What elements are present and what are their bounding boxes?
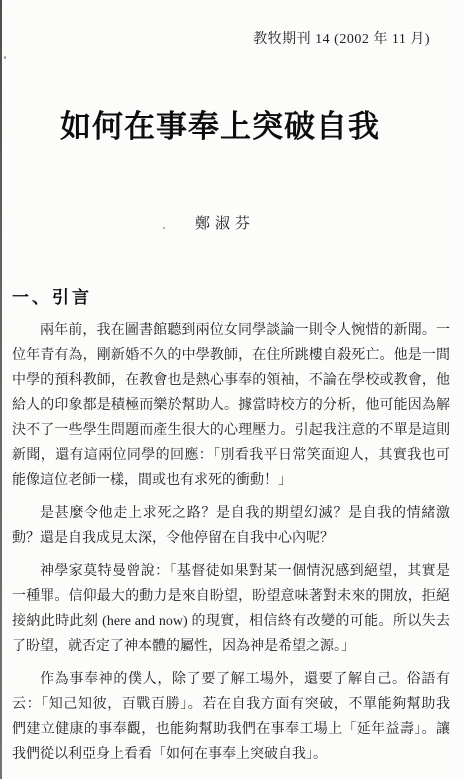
paragraph-line: 給人的印象都是積極而樂於幫助人。據當時校方的分析，他可能因為解 bbox=[12, 393, 450, 418]
paragraph-line: 我們從以利亞身上看看「如何在事奉上突破自我」。 bbox=[12, 742, 450, 767]
paragraph-line: 位年青有為，剛新婚不久的中學教師，在住所跳樓自殺死亡。他是一間 bbox=[12, 343, 450, 368]
paragraph-line: 一種罪。信仰最大的動力是來自盼望，盼望意味著對未來的開放，拒絕 bbox=[12, 584, 450, 609]
paragraph-line: 了盼望，就否定了神本體的屬性，因為神是希望之源。」 bbox=[12, 634, 450, 659]
paragraph: 神學家莫特曼曾說：「基督徒如果對某一個情況感到絕望，其實是一種罪。信仰最大的動力… bbox=[12, 559, 450, 659]
paragraph-line: 作為事奉神的僕人，除了要了解工場外，還要了解自己。俗語有 bbox=[12, 667, 450, 692]
paragraph-line: 動？還是自我成見太深，令他停留在自我中心內呢？ bbox=[12, 526, 450, 551]
paragraph-line: 新聞，還有這兩位同學的回應：「別看我平日常笑面迎人，其實我也可 bbox=[12, 443, 450, 468]
paragraph-line: 接納此時此刻 (here and now) 的現實，相信終有改變的可能。所以失去 bbox=[12, 609, 450, 634]
paragraph: 兩年前，我在圖書館聽到兩位女同學談論一則令人惋惜的新聞。一位年青有為，剛新婚不久… bbox=[12, 318, 450, 493]
paragraph-line: 兩年前，我在圖書館聽到兩位女同學談論一則令人惋惜的新聞。一 bbox=[12, 318, 450, 343]
section-heading: 一、引言 bbox=[12, 283, 92, 308]
paragraph: 作為事奉神的僕人，除了要了解工場外，還要了解自己。俗語有云：「知己知彼，百戰百勝… bbox=[12, 667, 450, 767]
paragraph-line: 中學的預科教師，在教會也是熱心事奉的領袖，不論在學校或教會，他 bbox=[12, 368, 450, 393]
paragraph-line: 能像這位老師一樣，間或也有求死的衝動！」 bbox=[12, 468, 450, 493]
paragraph-line: 是甚麼令他走上求死之路？是自我的期望幻滅？是自我的情緒激 bbox=[12, 501, 450, 526]
paragraph-line: 決不了一些學生問題而產生很大的心理壓力。引起我注意的不單是這則 bbox=[12, 418, 450, 443]
scan-speck bbox=[4, 56, 6, 59]
article-body: 兩年前，我在圖書館聽到兩位女同學談論一則令人惋惜的新聞。一位年青有為，剛新婚不久… bbox=[12, 318, 450, 775]
author-name: 鄭淑芬 bbox=[0, 212, 450, 233]
document-page: 教牧期刊 14 (2002 年 11 月) 如何在事奉上突破自我 鄭淑芬 一、引… bbox=[0, 0, 463, 779]
paragraph-line: 們建立健康的事奉觀，也能夠幫助我們在事奉工場上「延年益壽」。讓 bbox=[12, 717, 450, 742]
paragraph-line: 云：「知己知彼，百戰百勝」。若在自我方面有突破，不單能夠幫助我 bbox=[12, 692, 450, 717]
paragraph: 是甚麼令他走上求死之路？是自我的期望幻滅？是自我的情緒激動？還是自我成見太深，令… bbox=[12, 501, 450, 551]
journal-header: 教牧期刊 14 (2002 年 11 月) bbox=[253, 28, 430, 48]
article-title: 如何在事奉上突破自我 bbox=[0, 104, 440, 150]
paragraph-line: 神學家莫特曼曾說：「基督徒如果對某一個情況感到絕望，其實是 bbox=[12, 559, 450, 584]
